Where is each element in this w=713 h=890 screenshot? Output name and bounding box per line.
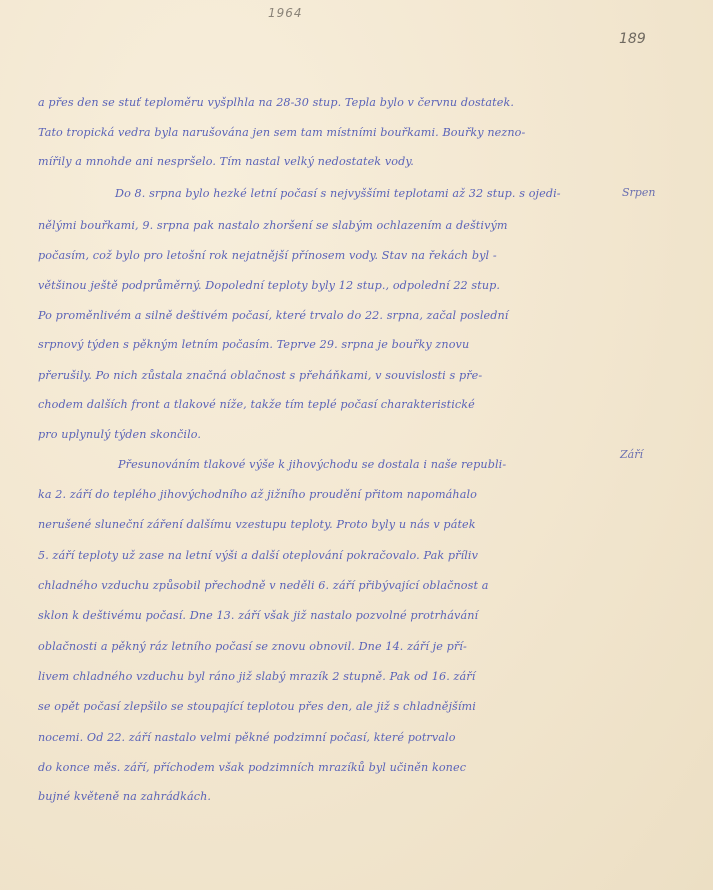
text-line: Tato tropická vedra byla narušována jen …: [38, 126, 525, 139]
document-page: 1964 189 Srpen Září a přes den se stuť t…: [0, 0, 713, 890]
text-line: bujné květeně na zahrádkách.: [38, 790, 211, 803]
text-line: nocemi. Od 22. září nastalo velmi pěkné …: [38, 731, 456, 744]
text-line: chladného vzduchu způsobil přechodně v n…: [38, 579, 489, 592]
text-line: přerušily. Po nich zůstala značná oblačn…: [38, 369, 482, 382]
text-line: a přes den se stuť teploměru vyšplhla na…: [38, 96, 514, 109]
year-header: 1964: [268, 6, 303, 20]
text-line: chodem dalších front a tlakové níže, tak…: [38, 398, 475, 411]
text-line: počasím, což bylo pro letošní rok nejatn…: [38, 249, 497, 262]
text-line: se opět počasí zlepšilo se stoupající te…: [38, 700, 476, 713]
text-line: srpnový týden s pěkným letním počasím. T…: [38, 338, 469, 351]
text-line: nerušené sluneční záření dalšímu vzestup…: [38, 518, 476, 531]
text-line: livem chladného vzduchu byl ráno již sla…: [38, 670, 475, 683]
text-line: nělými bouřkami, 9. srpna pak nastalo zh…: [38, 219, 508, 232]
text-line: Přesunováním tlakové výše k jihovýchodu …: [118, 458, 506, 471]
text-line: oblačnosti a pěkný ráz letního počasí se…: [38, 640, 467, 653]
margin-note-august: Srpen: [622, 186, 655, 199]
text-line: ka 2. září do teplého jihovýchodního až …: [38, 488, 477, 501]
text-line: Po proměnlivém a silně deštivém počasí, …: [38, 309, 508, 322]
text-line: většinou ještě podprůměrný. Dopolední te…: [38, 279, 500, 292]
text-line: sklon k deštivému počasí. Dne 13. září v…: [38, 609, 478, 622]
text-line: pro uplynulý týden skončilo.: [38, 428, 201, 441]
text-line: mířily a mnohde ani nespršelo. Tím nasta…: [38, 155, 414, 168]
text-line: 5. září teploty už zase na letní výši a …: [38, 549, 478, 562]
margin-note-september: Září: [620, 448, 643, 461]
page-number: 189: [619, 31, 646, 47]
text-line: do konce měs. září, příchodem však podzi…: [38, 761, 466, 774]
text-line: Do 8. srpna bylo hezké letní počasí s ne…: [115, 187, 561, 200]
